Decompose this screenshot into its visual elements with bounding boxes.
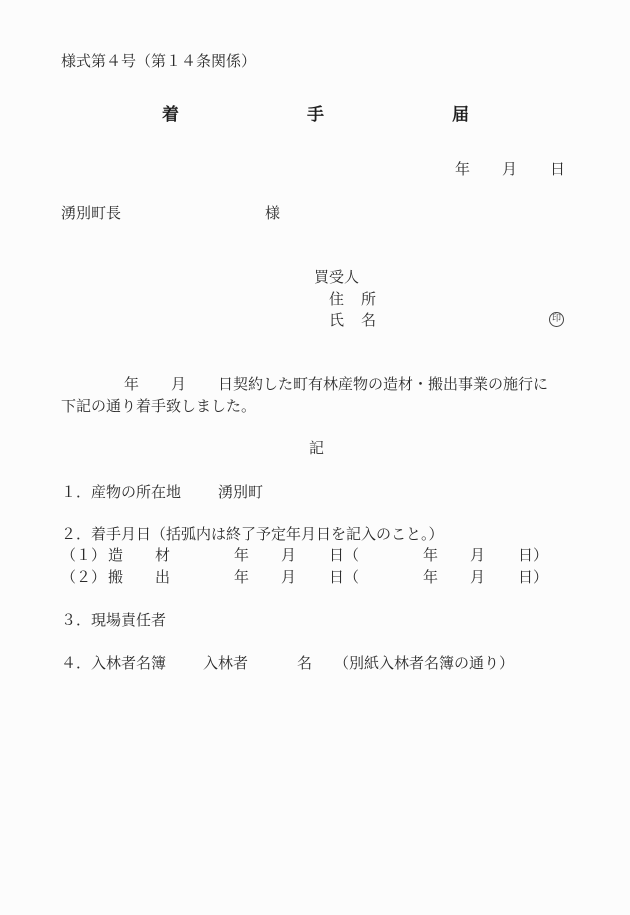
ki-heading: 記 (309, 439, 324, 457)
item-3-label: ３．現場責任者 (61, 611, 166, 629)
row-number: （１） (61, 546, 106, 564)
row-label-char: 搬 (108, 568, 123, 586)
item-4-sub-label: 入林者 (203, 654, 248, 672)
row-label-char: 造 (108, 546, 123, 564)
start-year-label: 年 (234, 568, 249, 586)
name-label-char: 氏 (329, 311, 344, 329)
item-4-note: （別紙入林者名簿の通り） (334, 654, 514, 672)
start-year-label: 年 (234, 546, 249, 564)
applicant-heading: 買受人 (314, 268, 359, 286)
item-4-unit: 名 (297, 654, 312, 672)
start-month-label: 月 (281, 546, 296, 564)
form-label: 様式第４号（第１４条関係） (61, 52, 256, 70)
addressee-honorific: 様 (265, 204, 280, 222)
item-2-label: ２．着手月日（括弧内は終了予定年月日を記入のこと。） (61, 525, 444, 543)
row-label-char: 出 (155, 568, 170, 586)
address-label-char: 所 (361, 290, 376, 308)
title-char: 着 (162, 105, 179, 125)
row-label-char: 材 (155, 546, 170, 564)
seal-icon: 印 (549, 312, 564, 327)
address-label-char: 住 (329, 290, 344, 308)
body-year-label: 年 (124, 375, 139, 393)
end-month-label: 月 (470, 568, 485, 586)
item-4-label: ４．入林者名簿 (61, 654, 166, 672)
end-year-label: 年 (423, 546, 438, 564)
item-1-value: 湧別町 (218, 483, 263, 501)
row-number: （２） (61, 568, 106, 586)
start-day-label: 日（ (329, 546, 359, 564)
title-char: 手 (307, 105, 324, 125)
addressee-name: 湧別町長 (61, 204, 121, 222)
body-line2-text: 下記の通り着手致しました。 (61, 397, 256, 415)
date-year-label: 年 (455, 160, 470, 178)
end-day-label: 日） (518, 546, 548, 564)
end-day-label: 日） (518, 568, 548, 586)
end-year-label: 年 (423, 568, 438, 586)
name-label-char: 名 (361, 311, 376, 329)
start-day-label: 日（ (329, 568, 359, 586)
end-month-label: 月 (470, 546, 485, 564)
body-month-label: 月 (171, 375, 186, 393)
start-month-label: 月 (281, 568, 296, 586)
title-char: 届 (452, 105, 469, 125)
body-line1-text: 日契約した町有林産物の造材・搬出事業の施行に (218, 375, 548, 393)
item-1-label: １．産物の所在地 (61, 483, 181, 501)
date-day-label: 日 (550, 160, 565, 178)
date-month-label: 月 (502, 160, 517, 178)
